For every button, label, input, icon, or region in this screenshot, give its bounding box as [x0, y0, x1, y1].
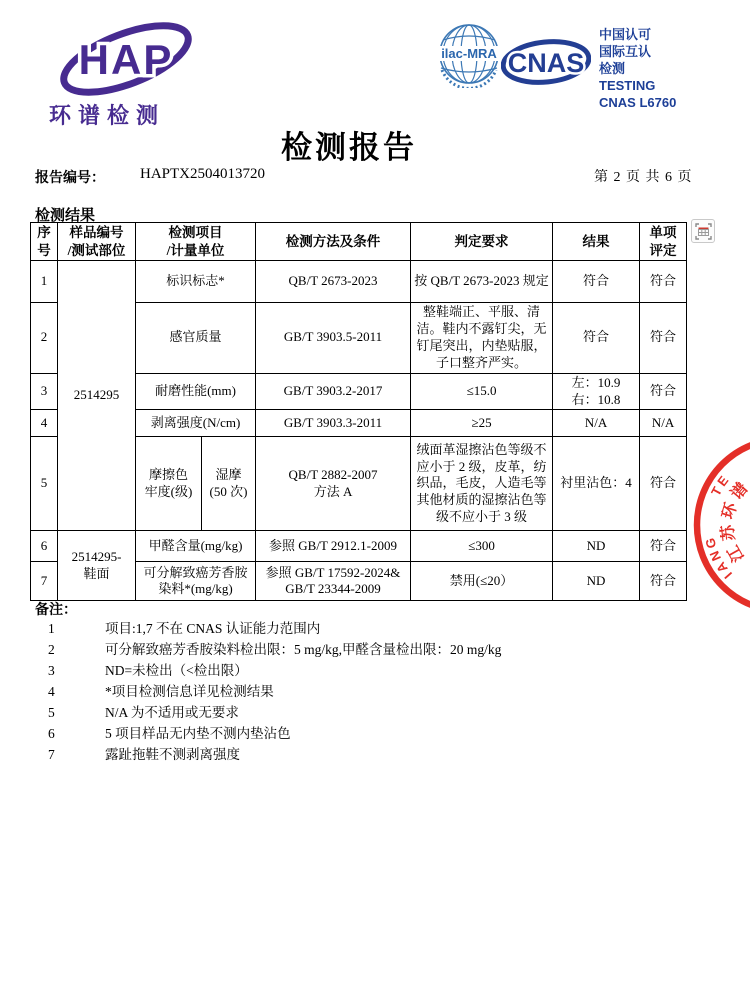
company-seal: IANG TES 江苏环谱检	[688, 430, 750, 620]
note-text: *项目检测信息详见检测结果	[105, 684, 274, 699]
cell-method: 参照 GB/T 17592-2024& GB/T 23344-2009	[256, 562, 411, 601]
page-indicator: 第 2 页 共 6 页	[594, 166, 693, 186]
cell-item: 标识标志*	[136, 261, 256, 303]
note-item: 2可分解致癌芳香胺染料检出限：5 mg/kg,甲醛含量检出限：20 mg/kg	[48, 639, 501, 660]
report-no-label: 报告编号：	[35, 167, 105, 187]
note-item: 65 项目样品无内垫不测内垫沾色	[48, 723, 501, 744]
cell-method: GB/T 3903.3-2011	[256, 410, 411, 437]
cell-sample-group2: 2514295- 鞋面	[58, 531, 136, 601]
note-item: 1项目:1,7 不在 CNAS 认证能力范围内	[48, 618, 501, 639]
results-table: 序 号 样品编号 /测试部位 检测项目 /计量单位 检测方法及条件 判定要求 结…	[30, 222, 687, 601]
table-capture-button[interactable]	[691, 219, 715, 243]
svg-text:江苏环谱检: 江苏环谱检	[688, 430, 750, 566]
note-text: 5 项目样品无内垫不测内垫沾色	[105, 726, 291, 741]
cell-method: GB/T 3903.2-2017	[256, 373, 411, 410]
svg-text:IANG: IANG	[702, 534, 735, 582]
note-text: 可分解致癌芳香胺染料检出限：5 mg/kg,甲醛含量检出限：20 mg/kg	[105, 642, 501, 657]
hap-logo: HAP	[50, 18, 202, 102]
cell-method: QB/T 2673-2023	[256, 261, 411, 303]
cell-method: QB/T 2882-2007 方法 A	[256, 437, 411, 531]
table-row: 6 2514295- 鞋面 甲醛含量(mg/kg) 参照 GB/T 2912.1…	[31, 531, 687, 562]
col-header-result: 结果	[553, 223, 640, 261]
cell-requirement: 禁用(≤20）	[411, 562, 553, 601]
cnas-icon: CNAS	[501, 36, 591, 88]
table-header-row: 序 号 样品编号 /测试部位 检测项目 /计量单位 检测方法及条件 判定要求 结…	[31, 223, 687, 261]
cell-verdict: 符合	[640, 261, 687, 303]
note-text: N/A 为不适用或无要求	[105, 705, 239, 720]
cell-requirement: 绒面革湿擦沾色等级不应小于 2 级，皮革，纺织品，毛皮，人造毛等其他材质的湿擦沾…	[411, 437, 553, 531]
cell-no: 3	[31, 373, 58, 410]
svg-text:TES: TES	[688, 430, 733, 498]
cell-result: N/A	[553, 410, 640, 437]
note-number: 7	[48, 744, 105, 765]
seal-latin-top: TES	[688, 430, 733, 498]
cell-item-main: 摩擦色 牢度(级)	[136, 437, 202, 531]
cell-requirement: ≤15.0	[411, 373, 553, 410]
cell-no: 6	[31, 531, 58, 562]
accreditation-line: 国际互认	[599, 43, 676, 60]
note-text: ND=未检出（<检出限）	[105, 663, 248, 678]
col-header-item: 检测项目 /计量单位	[136, 223, 256, 261]
cell-item: 感官质量	[136, 303, 256, 374]
note-number: 3	[48, 660, 105, 681]
table-capture-icon	[695, 223, 712, 240]
cell-verdict: 符合	[640, 562, 687, 601]
hap-logo-text: HAP	[79, 36, 174, 83]
col-header-requirement: 判定要求	[411, 223, 553, 261]
cell-verdict: 符合	[640, 373, 687, 410]
note-item: 4*项目检测信息详见检测结果	[48, 681, 501, 702]
seal-latin-bottom: IANG	[702, 534, 735, 582]
cnas-label: CNAS	[508, 48, 585, 78]
ilac-mra-icon: ilac-MRA	[437, 22, 501, 88]
notes-list: 1项目:1,7 不在 CNAS 认证能力范围内 2可分解致癌芳香胺染料检出限：5…	[48, 618, 501, 765]
cell-result: 衬里沾色：4	[553, 437, 640, 531]
cell-result: 符合	[553, 303, 640, 374]
cell-verdict: 符合	[640, 437, 687, 531]
cell-result: ND	[553, 562, 640, 601]
cell-no: 5	[31, 437, 58, 531]
notes-label: 备注：	[35, 599, 77, 619]
note-number: 5	[48, 702, 105, 723]
table-row: 1 2514295 标识标志* QB/T 2673-2023 按 QB/T 26…	[31, 261, 687, 303]
ilac-mra-label: ilac-MRA	[441, 46, 497, 61]
cell-result: 左：10.9 右：10.8	[553, 373, 640, 410]
note-text: 露趾拖鞋不测剥离强度	[105, 747, 240, 762]
accreditation-line: 检测	[599, 60, 676, 77]
seal-cn-text: 江苏环谱检	[688, 430, 750, 566]
cell-sample-group1: 2514295	[58, 261, 136, 531]
note-item: 3ND=未检出（<检出限）	[48, 660, 501, 681]
cell-method: GB/T 3903.5-2011	[256, 303, 411, 374]
cell-requirement: 整鞋端正、平服、清洁。鞋内不露钉尖，无钉尾突出，内垫贴服，子口整齐严实。	[411, 303, 553, 374]
cell-no: 4	[31, 410, 58, 437]
cell-result: 符合	[553, 261, 640, 303]
accreditation-text: 中国认可 国际互认 检测 TESTING CNAS L6760	[599, 26, 676, 111]
cell-no: 1	[31, 261, 58, 303]
cell-requirement: ≥25	[411, 410, 553, 437]
cell-no: 7	[31, 562, 58, 601]
cell-item: 耐磨性能(mm)	[136, 373, 256, 410]
note-item: 7露趾拖鞋不测剥离强度	[48, 744, 501, 765]
note-item: 5N/A 为不适用或无要求	[48, 702, 501, 723]
cell-verdict: N/A	[640, 410, 687, 437]
note-number: 6	[48, 723, 105, 744]
accreditation-line: TESTING	[599, 77, 676, 94]
col-header-verdict: 单项 评定	[640, 223, 687, 261]
cell-item: 剥离强度(N/cm)	[136, 410, 256, 437]
note-number: 4	[48, 681, 105, 702]
cell-requirement: 按 QB/T 2673-2023 规定	[411, 261, 553, 303]
note-number: 2	[48, 639, 105, 660]
cell-result: ND	[553, 531, 640, 562]
report-no-value: HAPTX2504013720	[140, 166, 265, 183]
note-number: 1	[48, 618, 105, 639]
accreditation-line: 中国认可	[599, 26, 676, 43]
report-page: HAP 环谱检测 ilac-MRA CNAS 中国认可 国际互认 检测 TEST…	[0, 0, 750, 1000]
cell-item: 可分解致癌芳香胺 染料*(mg/kg)	[136, 562, 256, 601]
accreditation-line: CNAS L6760	[599, 94, 676, 111]
cell-method: 参照 GB/T 2912.1-2009	[256, 531, 411, 562]
col-header-no: 序 号	[31, 223, 58, 261]
col-header-method: 检测方法及条件	[256, 223, 411, 261]
cell-verdict: 符合	[640, 531, 687, 562]
col-header-sample: 样品编号 /测试部位	[58, 223, 136, 261]
cell-verdict: 符合	[640, 303, 687, 374]
cell-item-sub: 湿摩 (50 次)	[202, 437, 256, 531]
report-title: 检测报告	[0, 122, 724, 167]
note-text: 项目:1,7 不在 CNAS 认证能力范围内	[105, 621, 320, 636]
cell-requirement: ≤300	[411, 531, 553, 562]
cell-item: 甲醛含量(mg/kg)	[136, 531, 256, 562]
cell-no: 2	[31, 303, 58, 374]
